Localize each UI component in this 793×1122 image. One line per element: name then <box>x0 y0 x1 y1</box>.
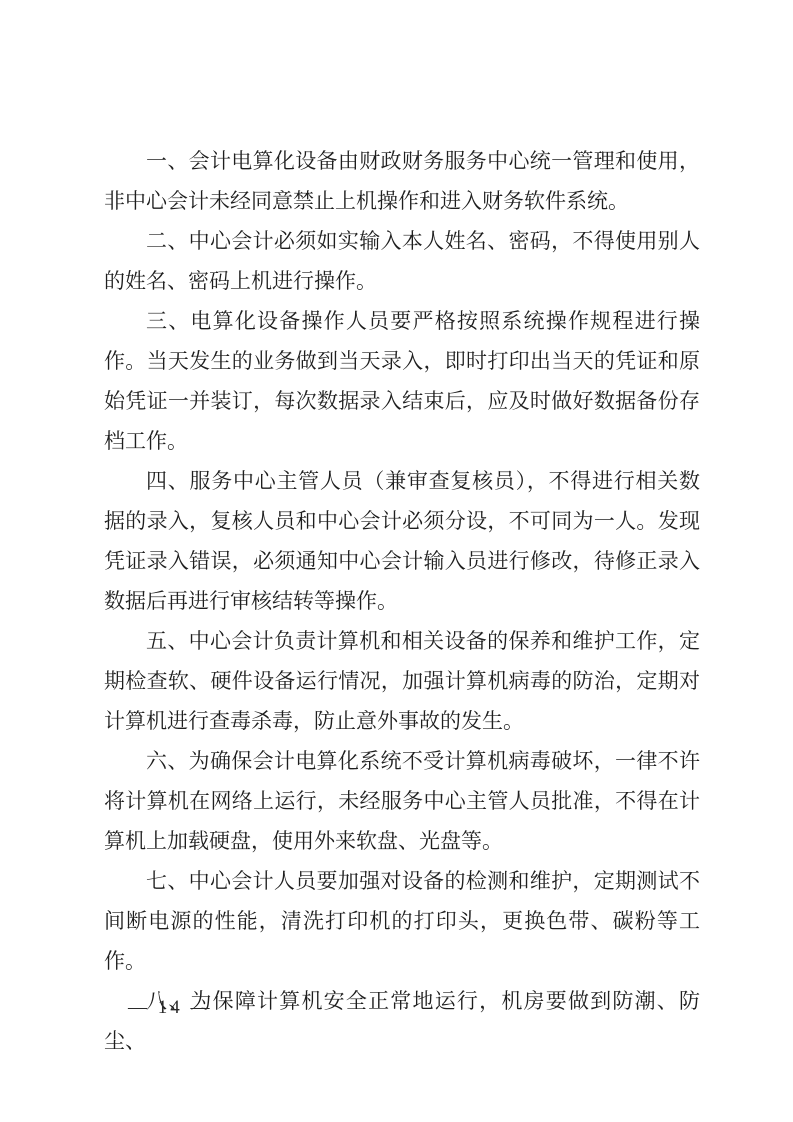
paragraph: 四、服务中心主管人员（兼审查复核员），不得进行相关数据的录入，复核人员和中心会计… <box>104 461 700 621</box>
document-page: 一、会计电算化设备由财政财务服务中心统一管理和使用，非中心会计未经同意禁止上机操… <box>0 0 793 1122</box>
paragraph: 二、中心会计必须如实输入本人姓名、密码，不得使用别人的姓名、密码上机进行操作。 <box>104 221 700 301</box>
page-number: — 14 — <box>128 993 213 1023</box>
paragraph: 五、中心会计负责计算机和相关设备的保养和维护工作，定期检查软、硬件设备运行情况，… <box>104 621 700 741</box>
paragraph: 一、会计电算化设备由财政财务服务中心统一管理和使用，非中心会计未经同意禁止上机操… <box>104 141 700 221</box>
paragraph: 六、为确保会计电算化系统不受计算机病毒破坏，一律不许将计算机在网络上运行，未经服… <box>104 741 700 861</box>
paragraph: 七、中心会计人员要加强对设备的检测和维护，定期测试不间断电源的性能，清洗打印机的… <box>104 861 700 981</box>
paragraph: 三、电算化设备操作人员要严格按照系统操作规程进行操作。当天发生的业务做到当天录入… <box>104 301 700 461</box>
document-body: 一、会计电算化设备由财政财务服务中心统一管理和使用，非中心会计未经同意禁止上机操… <box>104 141 700 1061</box>
